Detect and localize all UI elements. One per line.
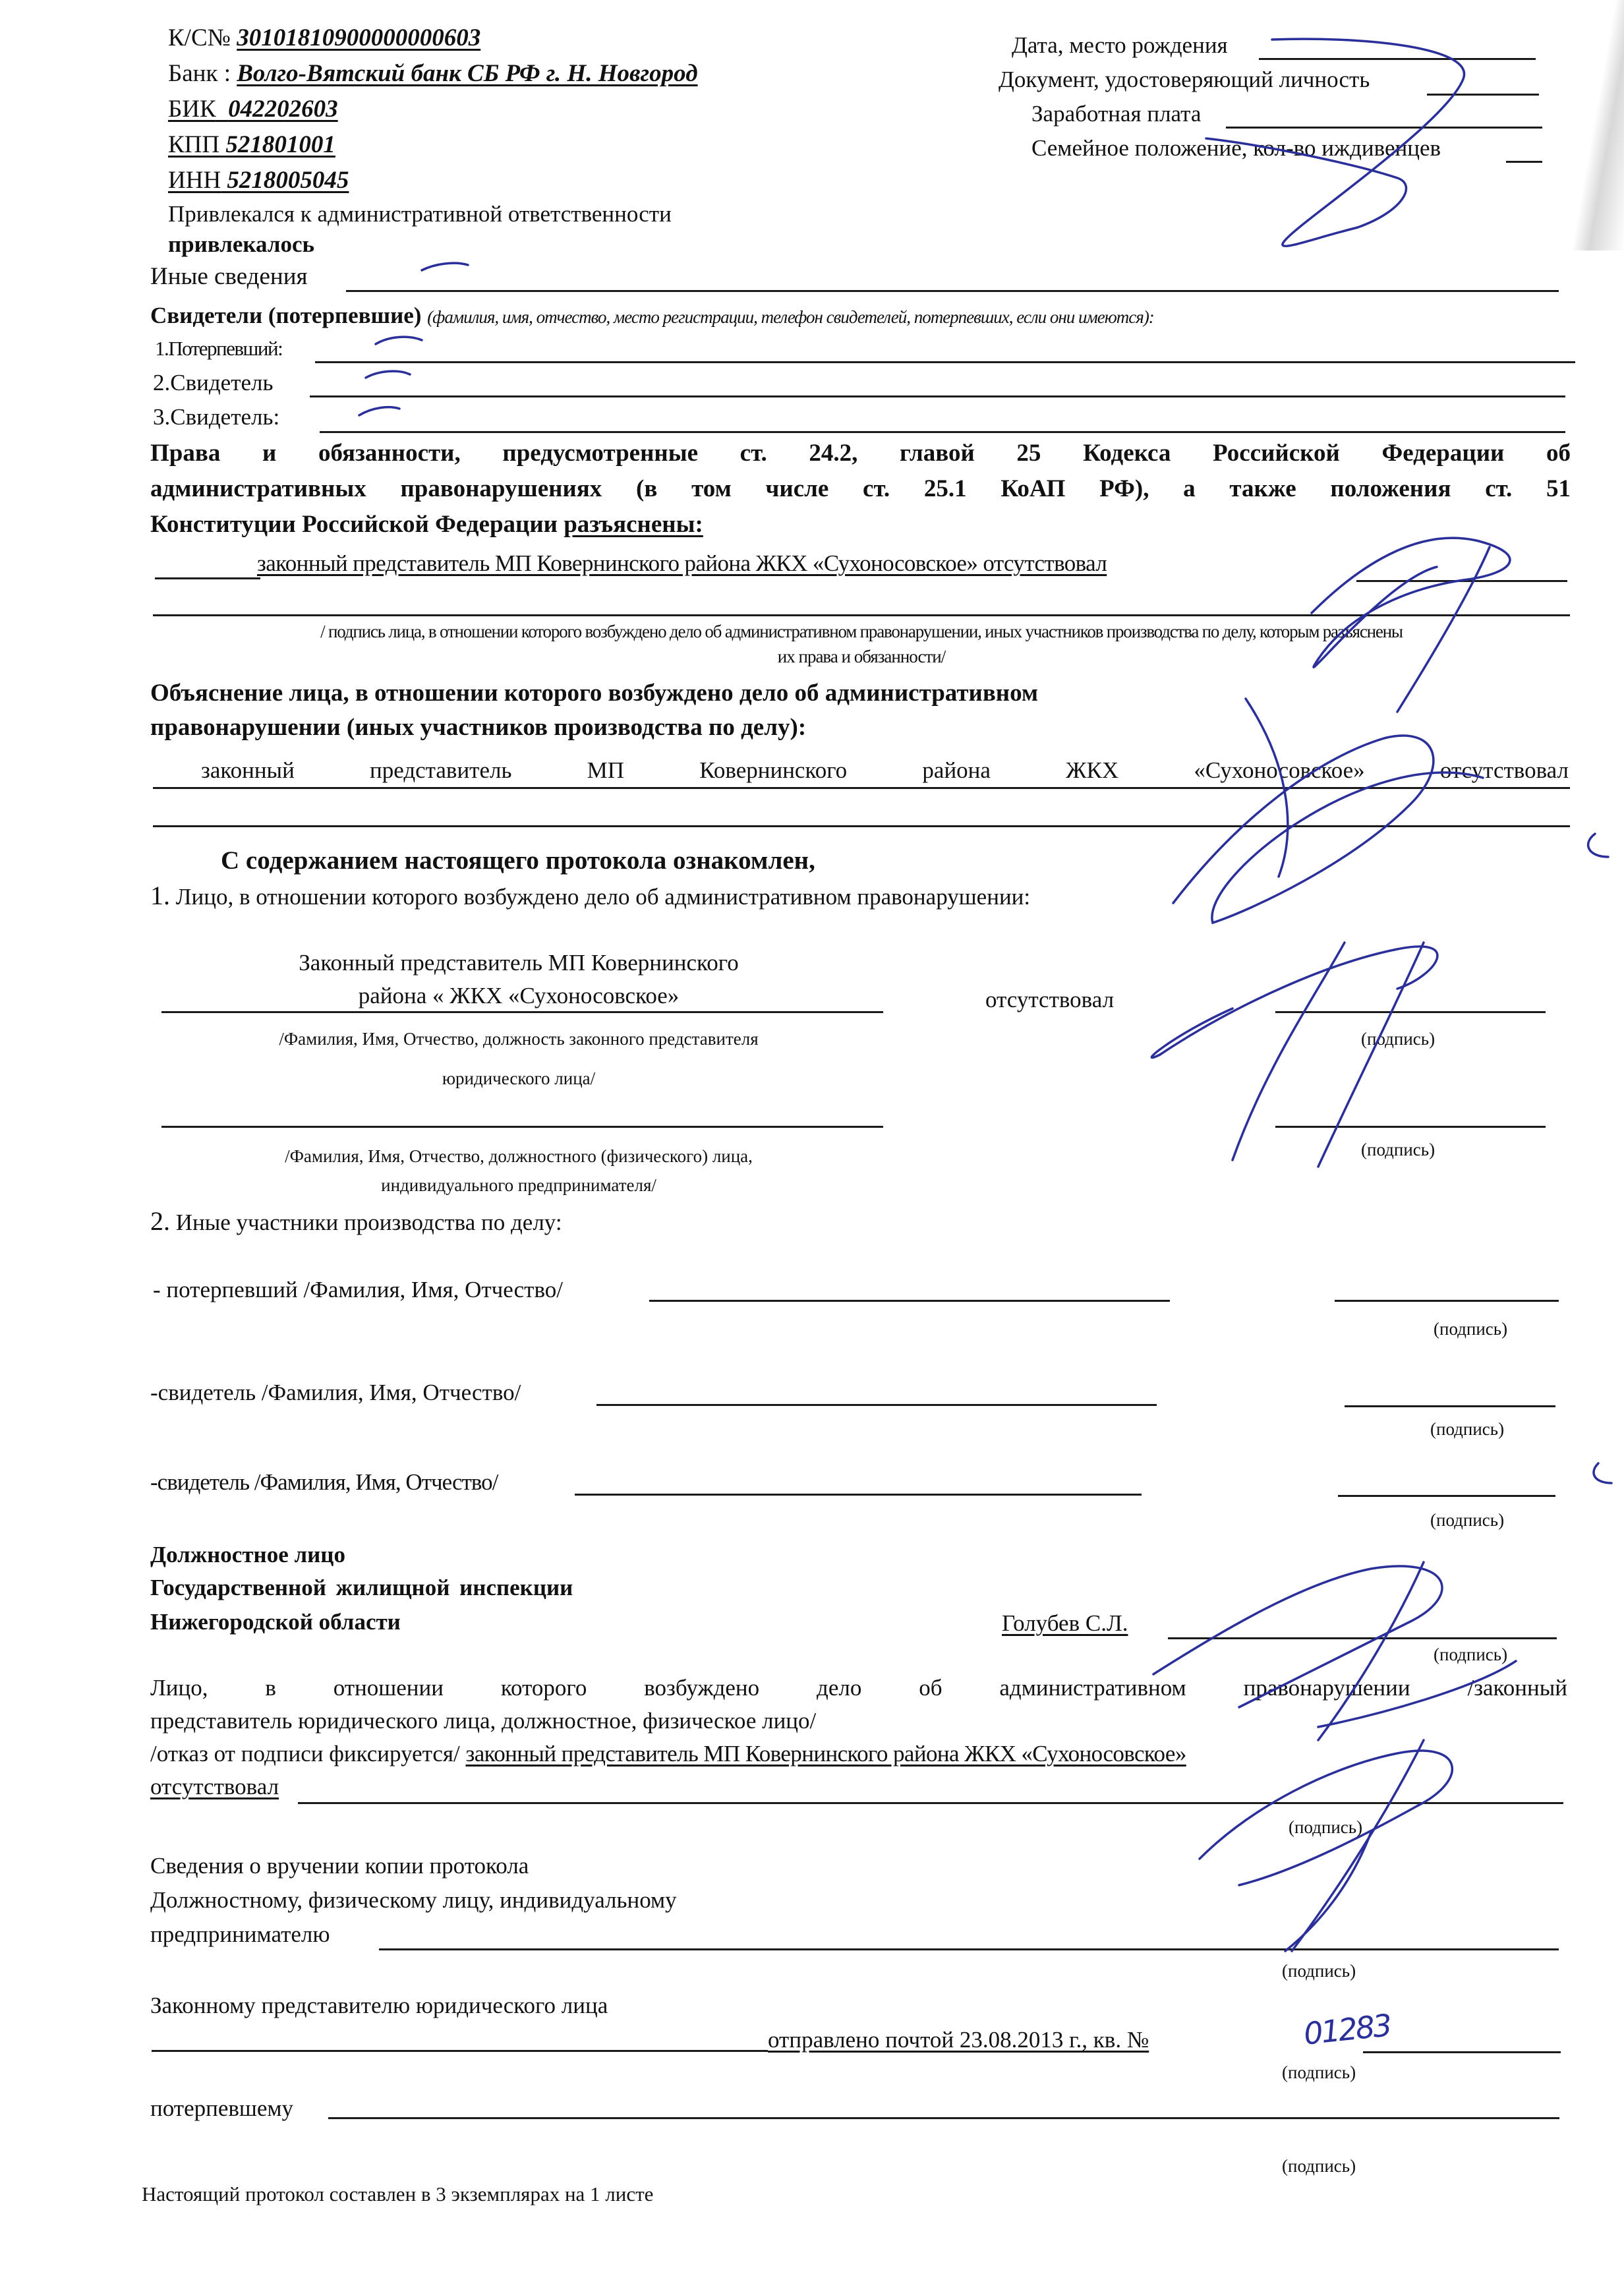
delivery-to-official-signature-caption: (подпись)	[1282, 1960, 1356, 1981]
refusal-signature-line[interactable]	[298, 1802, 1563, 1804]
receipt-number-handwritten: 01283	[1302, 2007, 1392, 2051]
delivery-to-legal-rep-signature-line[interactable]	[1363, 2051, 1561, 2053]
explanation-word: Ковернинского	[699, 757, 847, 784]
explanation-word: ЖКХ	[1066, 757, 1118, 784]
rep-caption-line-1: /Фамилия, Имя, Отчество, должность закон…	[153, 1028, 884, 1049]
rights-line-b[interactable]	[1356, 580, 1567, 582]
birth-field-line[interactable]	[1259, 58, 1536, 60]
explanation-word: МП	[587, 757, 624, 784]
refusal-line-4: отсутствовал	[150, 1773, 279, 1801]
rep-name-line-1: Законный представитель МП Ковернинского	[153, 949, 884, 977]
refusal-value: законный представитель МП Ковернинского …	[465, 1741, 1186, 1767]
inn-value: 5218005045	[227, 167, 349, 194]
ks-label: К/С№	[168, 24, 231, 51]
rights-text-line-3a: Конституции Российской Федерации	[150, 511, 558, 538]
rights-line-a	[155, 577, 260, 579]
official-signature-line[interactable]	[1275, 1126, 1546, 1128]
delivery-to-legal-rep-label: Законному представителю юридического лиц…	[150, 1992, 608, 2020]
prior-liability-value: привлекалось	[168, 231, 314, 258]
delivery-title: Сведения о вручении копии протокола	[150, 1852, 529, 1880]
kpp-row: КПП 521801001	[168, 131, 335, 160]
witnesses-title: Свидетели (потерпевшие)	[150, 303, 421, 328]
family-field-line[interactable]	[1506, 161, 1542, 163]
rep-caption-line-2: юридического лица/	[153, 1068, 884, 1089]
official-signature-line[interactable]	[1168, 1637, 1557, 1639]
participant-witness-1-name-line[interactable]	[596, 1404, 1157, 1406]
ks-value: 30101810900000000603	[237, 24, 480, 51]
witness-row-1-label: 1.Потерпевший:	[155, 335, 282, 363]
explanation-word: района	[922, 757, 991, 784]
rights-caption-line-2: их права и обязанности/	[153, 646, 1570, 667]
explanation-word: законный	[201, 757, 295, 784]
rights-filled-value: законный представитель МП Ковернинского …	[257, 550, 1107, 577]
bank-label: Банк :	[168, 60, 231, 87]
witness-row-2-label: 2.Свидетель	[153, 369, 273, 397]
witnesses-heading: Свидетели (потерпевшие) (фамилия, имя, о…	[150, 302, 1154, 331]
rep-name-line[interactable]	[161, 1011, 883, 1013]
id-document-field-line[interactable]	[1427, 94, 1539, 96]
prior-liability-label: Привлекался к административной ответстве…	[168, 200, 672, 228]
explanation-word: «Сухоносовское»	[1194, 757, 1364, 784]
witnesses-hint: (фамилия, имя, отчество, место регистрац…	[427, 307, 1154, 327]
bank-row: Банк : Волго-Вятский банк СБ РФ г. Н. Но…	[168, 59, 698, 88]
other-info-label: Иные сведения	[150, 262, 308, 291]
official-caption-line-2: индивидуального предпринимателя/	[153, 1175, 884, 1196]
kpp-value: 521801001	[225, 131, 335, 158]
bank-value: Волго-Вятский банк СБ РФ г. Н. Новгород	[237, 60, 697, 87]
participant-victim-label: - потерпевший /Фамилия, Имя, Отчество/	[153, 1276, 563, 1304]
ks-row: К/С№ 30101810900000000603	[168, 24, 480, 53]
rep-name-line-2: района « ЖКХ «Сухоносовское»	[153, 982, 884, 1010]
delivery-sent-text: отправлено почтой 23.08.2013 г., кв. №	[768, 2026, 1149, 2054]
rep-status: отсутствовал	[985, 986, 1114, 1014]
footer-note: Настоящий протокол составлен в 3 экземпл…	[142, 2182, 653, 2207]
official-signature-caption: (подпись)	[1434, 1644, 1507, 1665]
refusal-label: /отказ от подписи фиксируется/	[150, 1741, 460, 1767]
inn-row: ИНН 5218005045	[168, 166, 349, 195]
rights-signature-line[interactable]	[153, 614, 1570, 616]
official-caption-line-1: /Фамилия, Имя, Отчество, должностного (ф…	[153, 1146, 884, 1167]
official-line-3: Нижегородской области	[150, 1608, 401, 1636]
explanation-value: законный представитель МП Ковернинского …	[201, 757, 1569, 784]
delivery-to-official-line[interactable]	[379, 1948, 1559, 1950]
official-line-1: Должностное лицо	[150, 1541, 345, 1569]
explanation-word: отсутствовал	[1440, 757, 1569, 784]
kpp-label: КПП	[168, 131, 219, 158]
salary-field-line[interactable]	[1226, 127, 1542, 129]
birth-label: Дата, место рождения	[1012, 32, 1228, 59]
explanation-line-1[interactable]	[153, 787, 1570, 789]
id-document-label: Документ, удостоверяющий личность	[999, 66, 1370, 94]
refusal-signature-caption: (подпись)	[1289, 1817, 1362, 1838]
refusal-line-3: /отказ от подписи фиксируется/ законный …	[150, 1740, 1186, 1768]
rep-signature-line[interactable]	[1275, 1011, 1546, 1013]
delivery-to-legal-rep-signature-caption: (подпись)	[1282, 2062, 1356, 2083]
rep-signature-caption: (подпись)	[1361, 1028, 1435, 1049]
refusal-line-1: Лицо, в отношении которого возбуждено де…	[150, 1674, 1567, 1702]
participant-witness-2-signature-line[interactable]	[1338, 1495, 1555, 1497]
witness-row-3-line[interactable]	[320, 431, 1565, 433]
explanation-word: представитель	[370, 757, 511, 784]
participant-witness-2-name-line[interactable]	[575, 1494, 1142, 1496]
explanation-line-2[interactable]	[153, 825, 1570, 827]
rights-text-line-1: Права и обязанности, предусмотренные ст.…	[150, 439, 1571, 468]
item-2-label: Иные участники производства по делу:	[176, 1210, 562, 1235]
delivery-to-victim-line[interactable]	[328, 2117, 1559, 2119]
witness-row-1-line[interactable]	[315, 361, 1575, 363]
rights-explained: разъяснены:	[564, 511, 703, 538]
bik-row: БИК 042202603	[168, 95, 338, 124]
family-label: Семейное положение, кол-во иждивенцев	[1031, 134, 1441, 162]
explanation-title-line-1: Объяснение лица, в отношении которого во…	[150, 679, 1038, 708]
rights-caption-line-1: / подпись лица, в отношении которого воз…	[153, 621, 1570, 642]
delivery-to-victim-label: потерпевшему	[150, 2095, 293, 2122]
participant-victim-signature-caption: (подпись)	[1434, 1318, 1507, 1339]
delivery-to-victim-signature-caption: (подпись)	[1282, 2155, 1356, 2176]
official-signature-caption: (подпись)	[1361, 1139, 1435, 1160]
bik-value: 042202603	[228, 96, 338, 123]
acquainted-item-1: 1. Лицо, в отношении которого возбуждено…	[150, 882, 1030, 911]
witness-row-2-line[interactable]	[310, 395, 1565, 397]
participant-witness-1-signature-line[interactable]	[1345, 1405, 1555, 1407]
page-fold-shadow	[1551, 0, 1624, 250]
rights-text-line-3: Конституции Российской Федерации разъясн…	[150, 510, 703, 539]
explanation-title-line-2: правонарушении (иных участников производ…	[150, 713, 806, 742]
item-2-number: 2.	[150, 1206, 170, 1236]
participant-witness-2-signature-caption: (подпись)	[1430, 1509, 1504, 1531]
participant-witness-2-label: -свидетель /Фамилия, Имя, Отчество/	[150, 1469, 498, 1496]
participant-victim-name-line[interactable]	[649, 1300, 1170, 1302]
other-info-field-line[interactable]	[346, 290, 1559, 292]
refusal-line-2: представитель юридического лица, должнос…	[150, 1707, 816, 1735]
rights-text-line-2: административных правонарушениях (в том …	[150, 475, 1571, 504]
delivery-to-official-line-2: предпринимателю	[150, 1921, 330, 1948]
acquainted-item-2: 2. Иные участники производства по делу:	[150, 1208, 562, 1237]
participant-victim-signature-line[interactable]	[1335, 1300, 1559, 1302]
official-name: Голубев С.Л.	[962, 1610, 1141, 1637]
salary-label: Заработная плата	[1031, 100, 1201, 128]
inn-label: ИНН	[168, 167, 221, 194]
item-1-label: Лицо, в отношении которого возбуждено де…	[176, 884, 1030, 910]
participant-witness-1-signature-caption: (подпись)	[1430, 1418, 1504, 1440]
official-name-line[interactable]	[161, 1126, 883, 1128]
bik-label: БИК	[168, 96, 216, 123]
official-line-2: Государственной жилищной инспекции	[150, 1574, 573, 1602]
delivery-to-official-line-1: Должностному, физическому лицу, индивиду…	[150, 1886, 677, 1914]
acquainted-title: С содержанием настоящего протокола ознак…	[221, 846, 815, 875]
delivery-to-legal-rep-line[interactable]	[152, 2050, 768, 2052]
witness-row-3-label: 3.Свидетель:	[153, 403, 279, 431]
participant-witness-1-label: -свидетель /Фамилия, Имя, Отчество/	[150, 1379, 521, 1407]
item-1-number: 1.	[150, 881, 170, 910]
